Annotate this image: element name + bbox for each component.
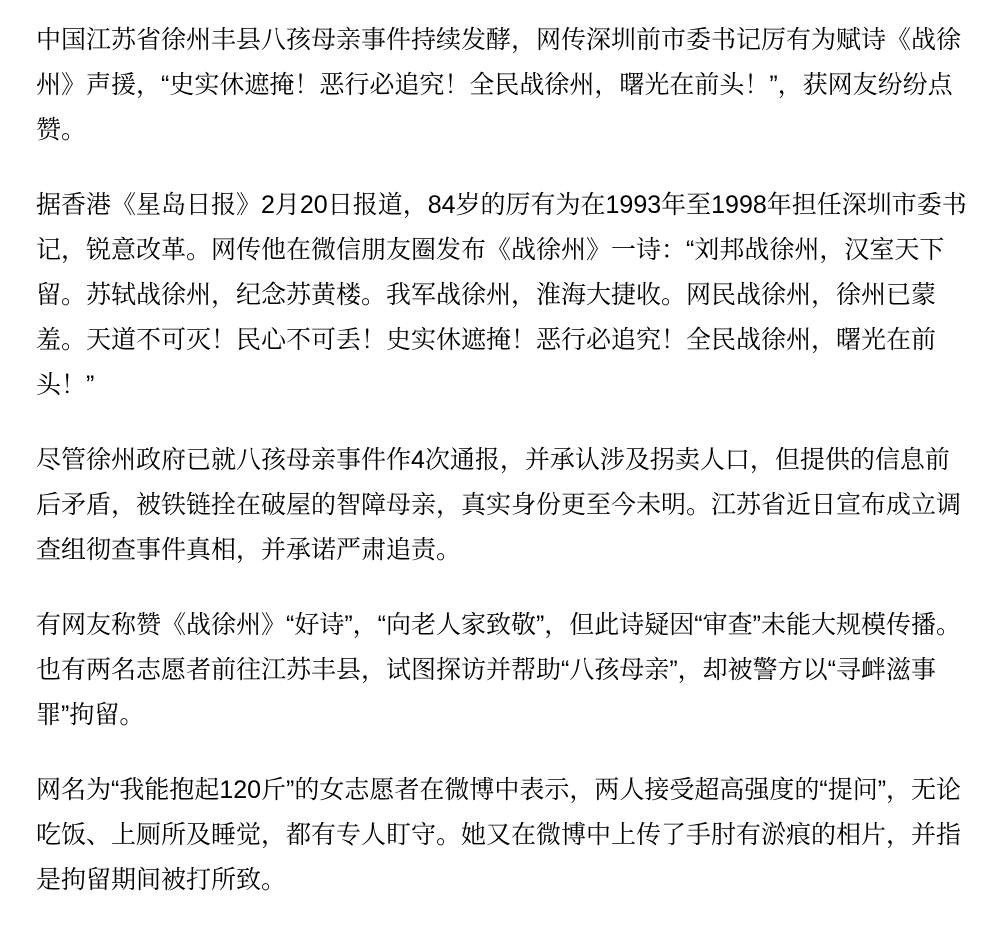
paragraph-lead: 中国江苏省徐州丰县八孩母亲事件持续发酵，网传深圳前市委书记厉有为赋诗《战徐州》声…: [36, 18, 971, 153]
article-body: 中国江苏省徐州丰县八孩母亲事件持续发酵，网传深圳前市委书记厉有为赋诗《战徐州》声…: [36, 18, 971, 903]
paragraph-poem: 据香港《星岛日报》2月20日报道，84岁的厉有为在1993年至1998年担任深圳…: [36, 183, 971, 408]
paragraph-volunteer-account: 网名为“我能抱起120斤”的女志愿者在微博中表示，两人接受超高强度的“提问”，无…: [36, 768, 971, 903]
paragraph-netizen-reaction: 有网友称赞《战徐州》“好诗”，“向老人家致敬”，但此诗疑因“审查”未能大规模传播…: [36, 603, 971, 738]
paragraph-government-response: 尽管徐州政府已就八孩母亲事件作4次通报，并承认涉及拐卖人口，但提供的信息前后矛盾…: [36, 438, 971, 573]
document-page: 中国江苏省徐州丰县八孩母亲事件持续发酵，网传深圳前市委书记厉有为赋诗《战徐州》声…: [0, 0, 1000, 932]
